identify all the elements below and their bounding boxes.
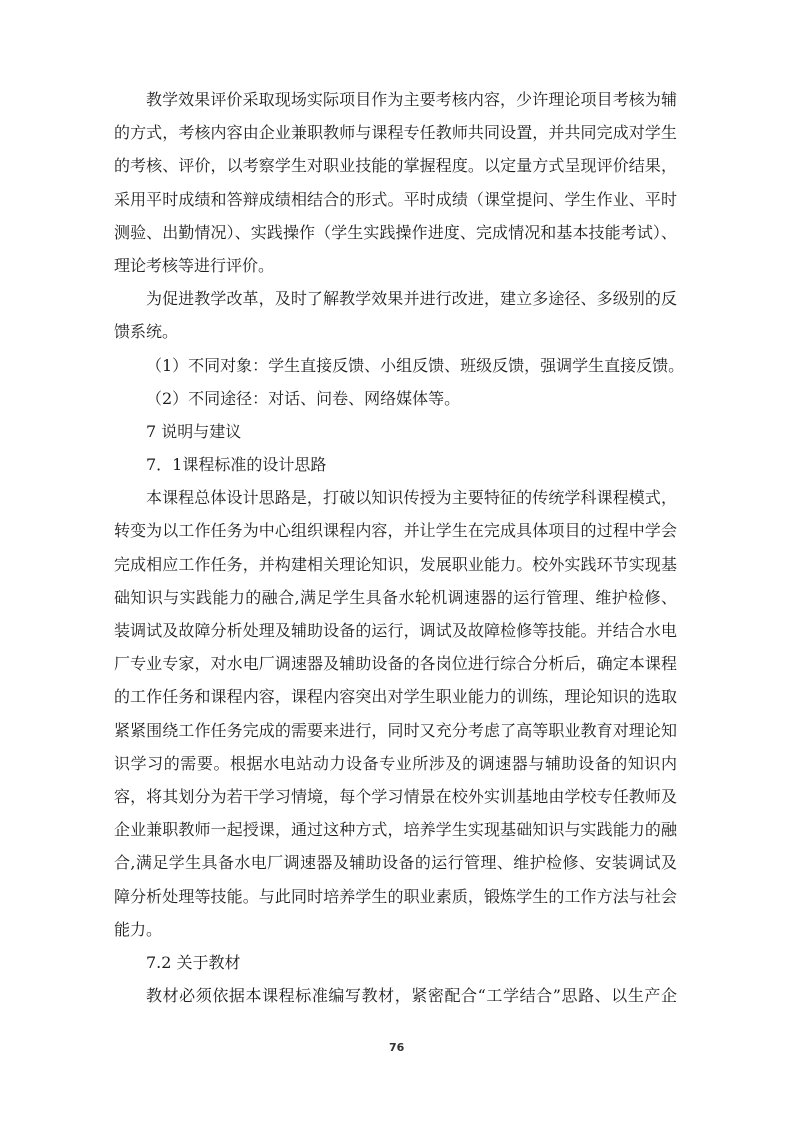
section-heading-7-1: 7．1课程标准的设计思路 (114, 448, 677, 481)
text-line: 教学效果评价采取现场实际项目作为主要考核内容，少许理论项目考核为辅 (114, 83, 677, 116)
text-line: 的考核、评价，以考察学生对职业技能的掌握程度。以定量方式呈现评价结果， (114, 149, 677, 182)
list-item-different-targets: （1）不同对象：学生直接反馈、小组反馈、班级反馈，强调学生直接反馈。 (114, 349, 677, 382)
text-line: 装调试及故障分析处理及辅助设备的运行，调试及故障检修等技能。并结合水电 (114, 614, 677, 647)
text-line: 教材必须依据本课程标准编写教材，紧密配合“工学结合”思路、以生产企 (114, 979, 677, 1012)
heading-text: 7.2 关于教材 (114, 946, 677, 979)
text-line: 本课程总体设计思路是，打破以知识传授为主要特征的传统学科课程模式， (114, 481, 677, 514)
text-line: 能力。 (114, 913, 677, 946)
text-line: 容，将其划分为若干学习情境，每个学习情景在校外实训基地由学校专任教师及 (114, 780, 677, 813)
page-number: 76 (389, 1041, 404, 1054)
paragraph-textbook: 教材必须依据本课程标准编写教材，紧密配合“工学结合”思路、以生产企 (114, 979, 677, 1012)
page-body: 教学效果评价采取现场实际项目作为主要考核内容，少许理论项目考核为辅 的方式，考核… (114, 83, 677, 1012)
text-line: 采用平时成绩和答辩成绩相结合的形式。平时成绩（课堂提问、学生作业、平时 (114, 183, 677, 216)
text-line: 础知识与实践能力的融合,满足学生具备水轮机调速器的运行管理、维护检修、安 (114, 581, 677, 614)
text-line: 测验、出勤情况）、实践操作（学生实践操作进度、完成情况和基本技能考试）、 (114, 216, 677, 249)
text-line: 理论考核等进行评价。 (114, 249, 677, 282)
section-heading-7-2: 7.2 关于教材 (114, 946, 677, 979)
heading-text: 7 说明与建议 (114, 415, 677, 448)
list-item-different-channels: （2）不同途径：对话、问卷、网络媒体等。 (114, 382, 677, 415)
text-line: 识学习的需要。根据水电站动力设备专业所涉及的调速器与辅助设备的知识内 (114, 747, 677, 780)
text-line: 紧紧围绕工作任务完成的需要来进行，同时又充分考虑了高等职业教育对理论知 (114, 714, 677, 747)
text-line: （2）不同途径：对话、问卷、网络媒体等。 (114, 382, 677, 415)
text-line: 合,满足学生具备水电厂调速器及辅助设备的运行管理、维护检修、安装调试及故 (114, 846, 677, 879)
text-line: （1）不同对象：学生直接反馈、小组反馈、班级反馈，强调学生直接反馈。 (114, 349, 677, 382)
paragraph-evaluation: 教学效果评价采取现场实际项目作为主要考核内容，少许理论项目考核为辅 的方式，考核… (114, 83, 677, 282)
heading-text: 7．1课程标准的设计思路 (114, 448, 677, 481)
paragraph-feedback-system: 为促进教学改革，及时了解教学效果并进行改进，建立多途径、多级别的反 馈系统。 (114, 282, 677, 348)
text-line: 的工作任务和课程内容，课程内容突出对学生职业能力的训练，理论知识的选取 (114, 680, 677, 713)
text-line: 企业兼职教师一起授课，通过这种方式，培养学生实现基础知识与实践能力的融 (114, 813, 677, 846)
section-heading-7: 7 说明与建议 (114, 415, 677, 448)
paragraph-design-approach: 本课程总体设计思路是，打破以知识传授为主要特征的传统学科课程模式， 转变为以工作… (114, 481, 677, 946)
text-line: 转变为以工作任务为中心组织课程内容，并让学生在完成具体项目的过程中学会 (114, 514, 677, 547)
text-line: 障分析处理等技能。与此同时培养学生的职业素质，锻炼学生的工作方法与社会 (114, 880, 677, 913)
text-line: 为促进教学改革，及时了解教学效果并进行改进，建立多途径、多级别的反 (114, 282, 677, 315)
text-line: 厂专业专家，对水电厂调速器及辅助设备的各岗位进行综合分析后，确定本课程 (114, 647, 677, 680)
text-line: 馈系统。 (114, 315, 677, 348)
text-line: 的方式，考核内容由企业兼职教师与课程专任教师共同设置，并共同完成对学生 (114, 116, 677, 149)
document-page: 教学效果评价采取现场实际项目作为主要考核内容，少许理论项目考核为辅 的方式，考核… (0, 0, 792, 1122)
text-line: 完成相应工作任务，并构建相关理论知识，发展职业能力。校外实践环节实现基 (114, 548, 677, 581)
